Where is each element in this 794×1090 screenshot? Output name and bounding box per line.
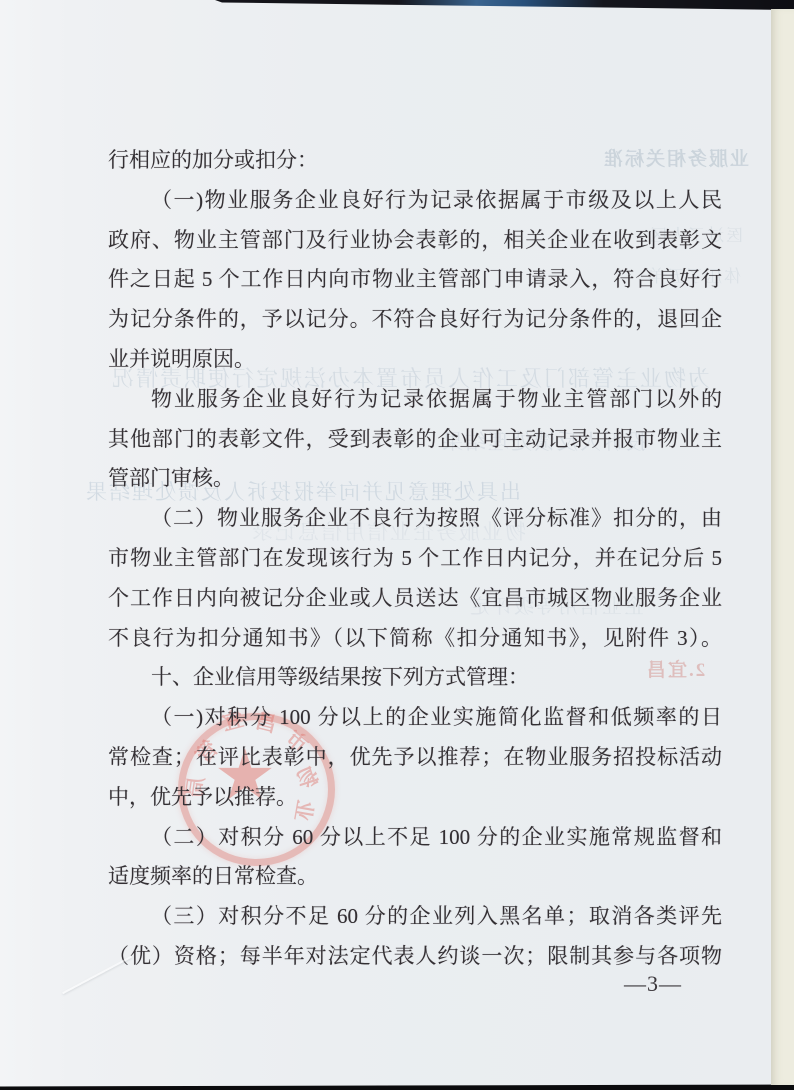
- text-line: （一)对积分 100 分以上的企业实施简化监督和低频率的日: [108, 698, 722, 738]
- text-line: 件之日起 5 个工作日内向市物业主管部门申请录入，符合良好行: [108, 260, 722, 300]
- scanned-document-screenshot: { "page": { "number_label": "—3—" }, "do…: [0, 0, 794, 1090]
- text-line: 行相应的加分或扣分：: [108, 141, 722, 181]
- text-line: 业并说明原因。: [108, 340, 722, 380]
- text-line: 政府、物业主管部门及行业协会表彰的，相关企业在收到表彰文: [108, 221, 722, 261]
- text-line: 市物业主管部门在发现该行为 5 个工作日内记分，并在记分后 5: [108, 539, 722, 579]
- text-line: （二）物业服务企业不良行为按照《评分标准》扣分的，由: [108, 499, 722, 539]
- text-line: 中，优先予以推荐。: [108, 778, 722, 818]
- text-line: （三）对积分不足 60 分的企业列入黑名单；取消各类评先: [108, 897, 722, 937]
- document-page: 业服务相关标准医过了人区体压了五羊为物业主管部门及工作人员布置本办法规定行使职责…: [0, 0, 794, 1090]
- text-line: （二）对积分 60 分以上不足 100 分的企业实施常规监督和: [108, 818, 722, 858]
- adjacent-page-edge: [771, 9, 794, 1085]
- text-line: 为记分条件的，予以记分。不符合良好行为记分条件的，退回企: [108, 300, 722, 340]
- page-number: —3—: [624, 971, 682, 997]
- body-text: 行相应的加分或扣分：（一)物业服务企业良好行为记录依据属于市级及以上人民政府、物…: [108, 141, 722, 977]
- text-line: 物业服务企业良好行为记录依据属于物业主管部门以外的: [108, 380, 722, 420]
- text-line: 其他部门的表彰文件，受到表彰的企业可主动记录并报市物业主: [108, 420, 722, 460]
- text-line: 不良行为扣分通知书》（以下简称《扣分通知书》，见附件 3）。: [108, 619, 722, 659]
- text-line: （一)物业服务企业良好行为记录依据属于市级及以上人民: [108, 181, 722, 221]
- text-line: 适度频率的日常检查。: [108, 857, 722, 897]
- text-line: 个工作日内向被记分企业或人员送达《宜昌市城区物业服务企业: [108, 579, 722, 619]
- text-line: 十、企业信用等级结果按下列方式管理：: [108, 658, 722, 698]
- text-line: 常检查；在评比表彰中，优先予以推荐；在物业服务招投标活动: [108, 738, 722, 778]
- text-line: 管部门审核。: [108, 459, 722, 499]
